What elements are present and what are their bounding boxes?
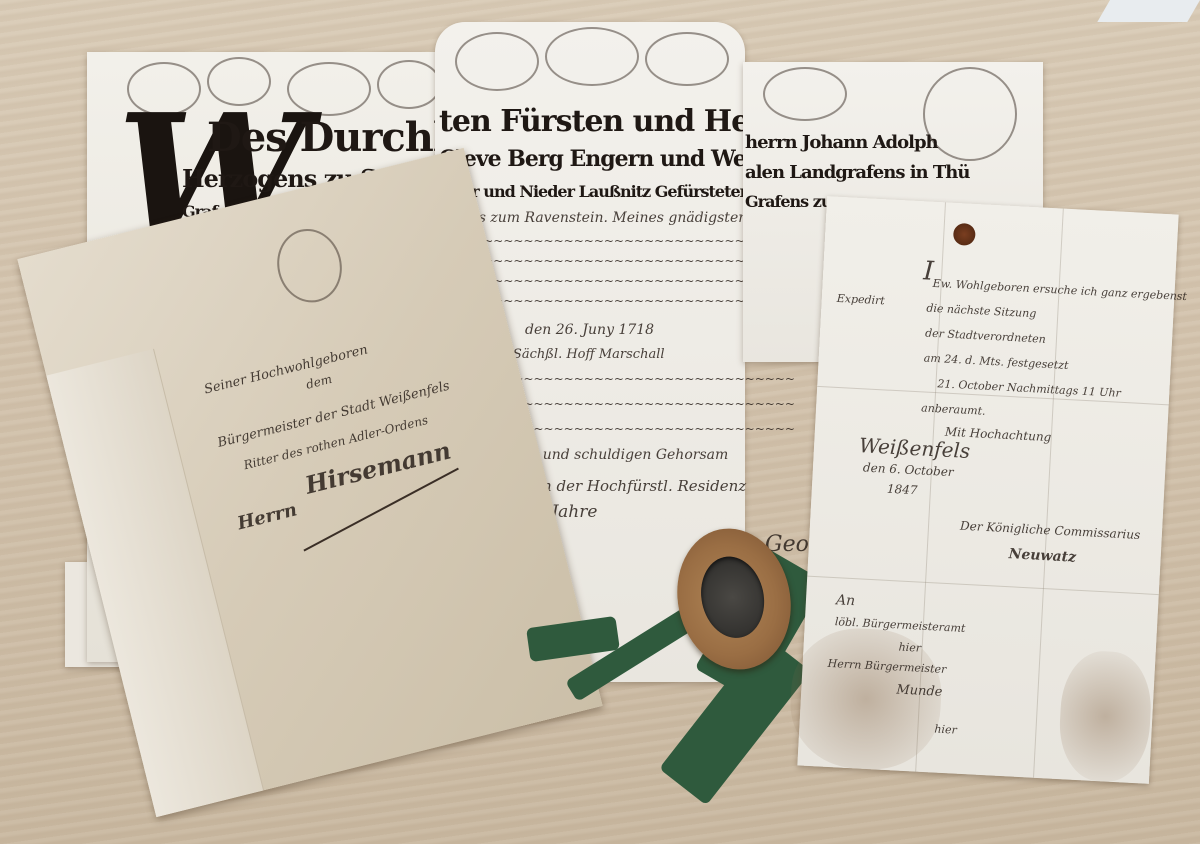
flourish-icon xyxy=(545,27,639,86)
charter-line-5-right: Grafens zu xyxy=(745,192,831,211)
charter-date-line: den 26. Juny 1718 xyxy=(525,322,654,338)
letter-footer-5: Munde xyxy=(896,682,943,699)
charter-heading-right-1: herrn Johann Adolph xyxy=(745,132,938,153)
charter-line-3: Ober und Nieder Laußnitz Gefürsteten xyxy=(439,182,750,201)
flourish-icon xyxy=(455,32,539,91)
letter-line-2: die nächste Sitzung xyxy=(926,302,1037,321)
letter-signature: Neuwatz xyxy=(1008,546,1076,566)
letter-place: Weißenfels xyxy=(859,433,971,463)
envelope-line-2: dem xyxy=(305,372,334,392)
wax-seal xyxy=(694,551,772,644)
charter-heading-right-2: alen Landgrafens in Thü xyxy=(745,162,969,183)
envelope-line-1: Seiner Hochwohlgeboren xyxy=(203,342,370,397)
letter-signature-title: Der Königliche Commissarius xyxy=(960,519,1141,542)
letter-line-3: der Stadtverordneten xyxy=(925,327,1046,346)
letter-year: 1847 xyxy=(887,482,918,498)
flourish-icon xyxy=(377,60,441,109)
letter-footer-3: hier xyxy=(898,641,921,655)
fold-line xyxy=(807,576,1159,595)
rust-pin-hole xyxy=(953,223,976,246)
background-corner xyxy=(1097,0,1200,22)
letter-line-4: am 24. d. Mts. festgesetzt xyxy=(923,351,1068,372)
flourish-icon xyxy=(763,67,847,121)
letter-footer-6: hier xyxy=(934,723,957,737)
letter-footer-1: An xyxy=(836,592,856,609)
handwritten-letter: I Expedirt Ew. Wohlgeboren ersuche ich g… xyxy=(797,196,1178,784)
letter-date: den 6. October xyxy=(863,460,954,479)
flourish-icon xyxy=(270,222,350,309)
stain xyxy=(1057,649,1154,784)
flourish-icon xyxy=(645,32,729,86)
letter-margin-note: Expedirt xyxy=(836,292,885,307)
letter-line-6: anberaumt. xyxy=(921,401,986,417)
envelope-line-5: Herrn xyxy=(235,499,299,534)
